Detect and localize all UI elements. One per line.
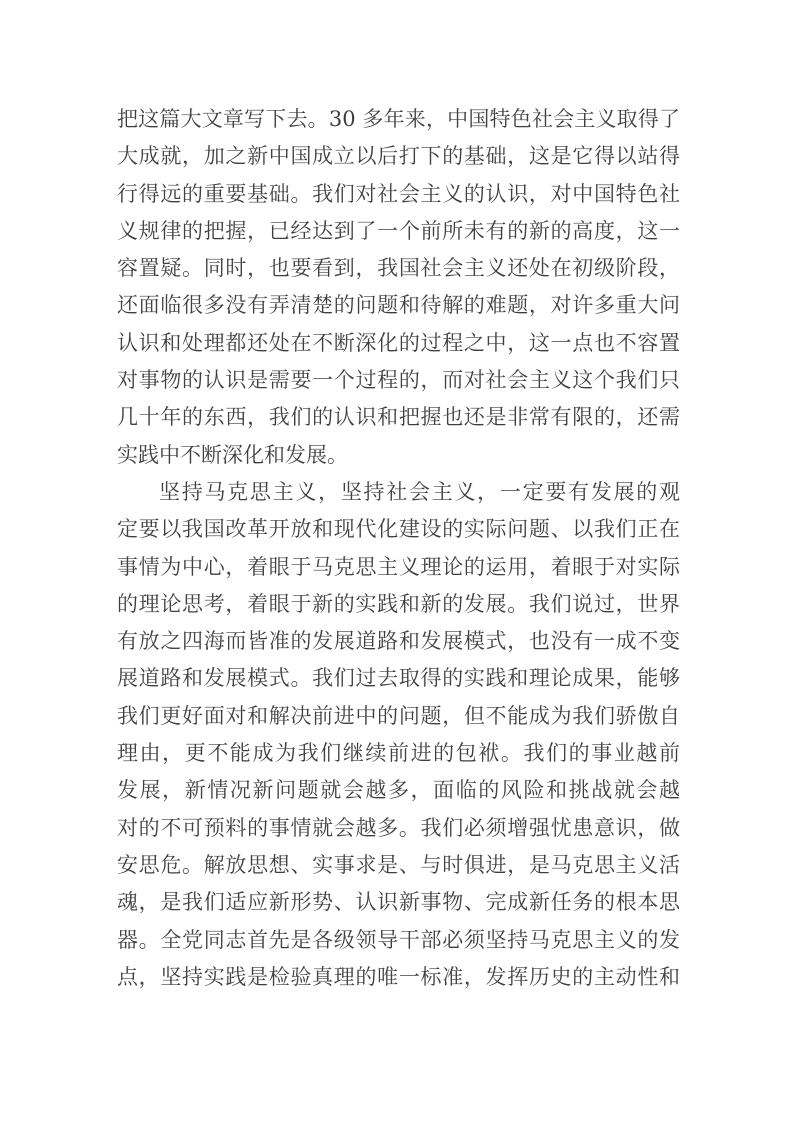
text-line: 对的不可预料的事情就会越多。我们必须增强忧患意识，做到居 <box>117 810 680 847</box>
text-line: 对事物的认识是需要一个过程的，而对社会主义这个我们只搞了 <box>117 362 680 399</box>
text-line: 还面临很多没有弄清楚的问题和待解的难题，对许多重大问题的 <box>117 287 680 324</box>
paragraph-1: 把这篇大文章写下去。30 多年来，中国特色社会主义取得了巨 大成就，加之新中国成… <box>117 101 680 474</box>
text-line: 容置疑。同时，也要看到，我国社会主义还处在初级阶段，我们 <box>117 250 680 287</box>
text-line: 行得远的重要基础。我们对社会主义的认识，对中国特色社会主 <box>117 176 680 213</box>
text-line: 义规律的把握，已经达到了一个前所未有的新的高度，这一点不 <box>117 213 680 250</box>
text-line: 点，坚持实践是检验真理的唯一标准，发挥历史的主动性和创造 <box>117 959 680 996</box>
text-line: 事情为中心，着眼于马克思主义理论的运用，着眼于对实际问题 <box>117 549 680 586</box>
text-line: 的理论思考，着眼于新的实践和新的发展。我们说过，世界上没 <box>117 586 680 623</box>
document-body-text: 把这篇大文章写下去。30 多年来，中国特色社会主义取得了巨 大成就，加之新中国成… <box>117 101 680 996</box>
text-line: 认识和处理都还处在不断深化的过程之中，这一点也不容置疑。 <box>117 325 680 362</box>
text-line: 魂，是我们适应新形势、认识新事物、完成新任务的根本思想武 <box>117 884 680 921</box>
text-line: 器。全党同志首先是各级领导干部必须坚持马克思主义的发展观 <box>117 922 680 959</box>
text-line: 实践中不断深化和发展。 <box>117 437 680 474</box>
text-line: 安思危。解放思想、实事求是、与时俱进，是马克思主义活的灵 <box>117 847 680 884</box>
text-line: 定要以我国改革开放和现代化建设的实际问题、以我们正在做的 <box>117 511 680 548</box>
text-line: 大成就，加之新中国成立以后打下的基础，这是它得以站得住、 <box>117 138 680 175</box>
text-line: 我们更好面对和解决前进中的问题，但不能成为我们骄傲自满的 <box>117 698 680 735</box>
text-line: 几十年的东西，我们的认识和把握也还是非常有限的，还需要在 <box>117 399 680 436</box>
text-line: 坚持马克思主义，坚持社会主义，一定要有发展的观点，一 <box>117 474 680 511</box>
document-page: 把这篇大文章写下去。30 多年来，中国特色社会主义取得了巨 大成就，加之新中国成… <box>0 0 793 1122</box>
text-line: 理由，更不能成为我们继续前进的包袱。我们的事业越前进、越 <box>117 735 680 772</box>
text-line: 展道路和发展模式。我们过去取得的实践和理论成果，能够帮助 <box>117 660 680 697</box>
text-line: 把这篇大文章写下去。30 多年来，中国特色社会主义取得了巨 <box>117 101 680 138</box>
text-line: 发展，新情况新问题就会越多，面临的风险和挑战就会越多，面 <box>117 772 680 809</box>
text-line: 有放之四海而皆准的发展道路和发展模式，也没有一成不变的发 <box>117 623 680 660</box>
paragraph-2: 坚持马克思主义，坚持社会主义，一定要有发展的观点，一 定要以我国改革开放和现代化… <box>117 474 680 996</box>
